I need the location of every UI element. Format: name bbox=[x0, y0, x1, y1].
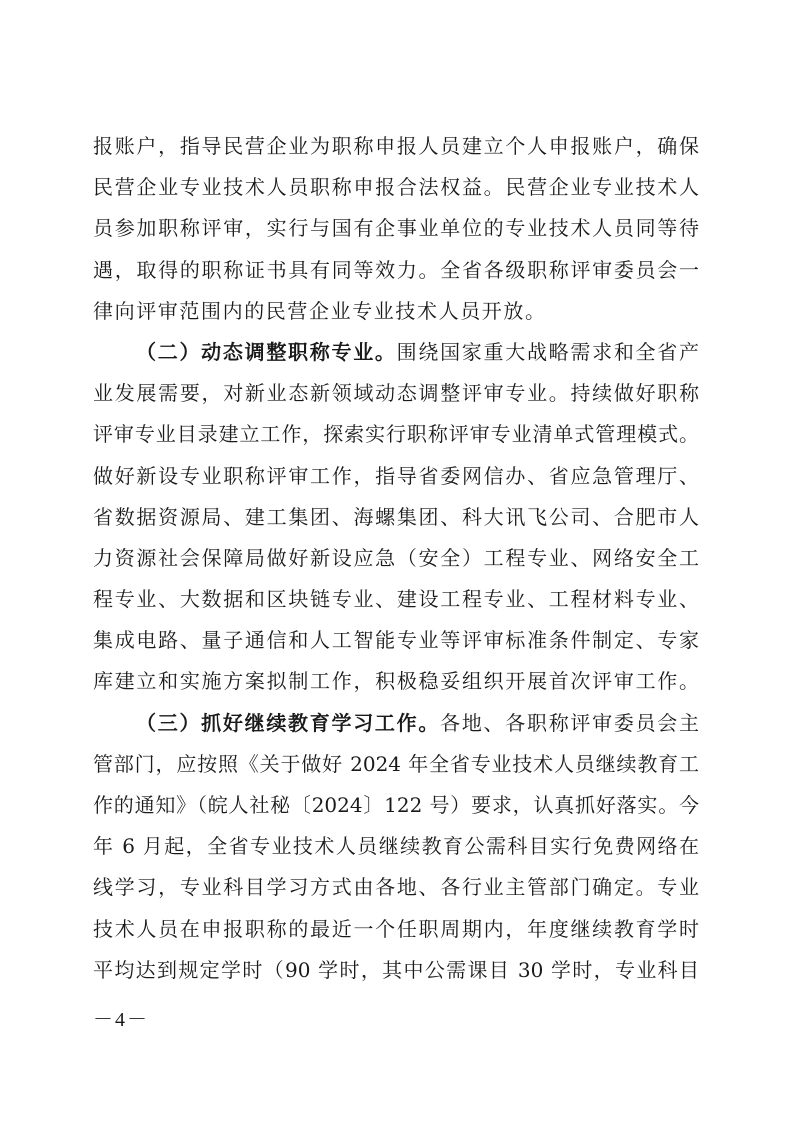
text-line: 技术人员在申报职称的最近一个任职周期内，年度继续教育学时 bbox=[93, 909, 699, 950]
section-heading-3: （三）抓好继续教育学习工作。 bbox=[136, 711, 440, 735]
text-span: 各地、各职称评审委员会主 bbox=[440, 711, 699, 735]
text-line: 集成电路、量子通信和人工智能专业等评审标准条件制定、专家 bbox=[93, 620, 699, 661]
text-line: 作的通知》（皖人社秘〔2024〕122 号）要求，认真抓好落实。今 bbox=[93, 785, 699, 826]
text-line: 力资源社会保障局做好新设应急（安全）工程专业、网络安全工 bbox=[93, 538, 699, 579]
text-line: 管部门，应按照《关于做好 2024 年全省专业技术人员继续教育工 bbox=[93, 744, 699, 785]
text-line: 库建立和实施方案拟制工作，积极稳妥组织开展首次评审工作。 bbox=[93, 661, 699, 702]
text-line: 律向评审范围内的民营企业专业技术人员开放。 bbox=[93, 291, 699, 332]
text-line: 业发展需要，对新业态新领域动态调整评审专业。持续做好职称 bbox=[93, 373, 699, 414]
text-line: 做好新设专业职称评审工作，指导省委网信办、省应急管理厅、 bbox=[93, 456, 699, 497]
document-page: 报账户，指导民营企业为职称申报人员建立个人申报账户，确保 民营企业专业技术人员职… bbox=[0, 0, 793, 1122]
section-3-first-line: （三）抓好继续教育学习工作。各地、各职称评审委员会主 bbox=[93, 703, 699, 744]
text-line: 省数据资源局、建工集团、海螺集团、科大讯飞公司、合肥市人 bbox=[93, 497, 699, 538]
text-line: 民营企业专业技术人员职称申报合法权益。民营企业专业技术人 bbox=[93, 167, 699, 208]
text-line: 线学习，专业科目学习方式由各地、各行业主管部门确定。专业 bbox=[93, 867, 699, 908]
text-line: 年 6 月起，全省专业技术人员继续教育公需科目实行免费网络在 bbox=[93, 826, 699, 867]
text-line: 评审专业目录建立工作，探索实行职称评审专业清单式管理模式。 bbox=[93, 414, 699, 455]
text-line: 平均达到规定学时（90 学时，其中公需课目 30 学时，专业科目 bbox=[93, 950, 699, 991]
text-line: 程专业、大数据和区块链专业、建设工程专业、工程材料专业、 bbox=[93, 579, 699, 620]
text-line: 遇，取得的职称证书具有同等效力。全省各级职称评审委员会一 bbox=[93, 250, 699, 291]
body-text: 报账户，指导民营企业为职称申报人员建立个人申报账户，确保 民营企业专业技术人员职… bbox=[93, 126, 699, 991]
text-line: 员参加职称评审，实行与国有企事业单位的专业技术人员同等待 bbox=[93, 208, 699, 249]
text-span: 围绕国家重大战略需求和全省产 bbox=[397, 340, 699, 364]
section-heading-2: （二）动态调整职称专业。 bbox=[136, 340, 397, 364]
text-line: 报账户，指导民营企业为职称申报人员建立个人申报账户，确保 bbox=[93, 126, 699, 167]
section-2-first-line: （二）动态调整职称专业。围绕国家重大战略需求和全省产 bbox=[93, 332, 699, 373]
page-number: －4－ bbox=[93, 1003, 149, 1032]
